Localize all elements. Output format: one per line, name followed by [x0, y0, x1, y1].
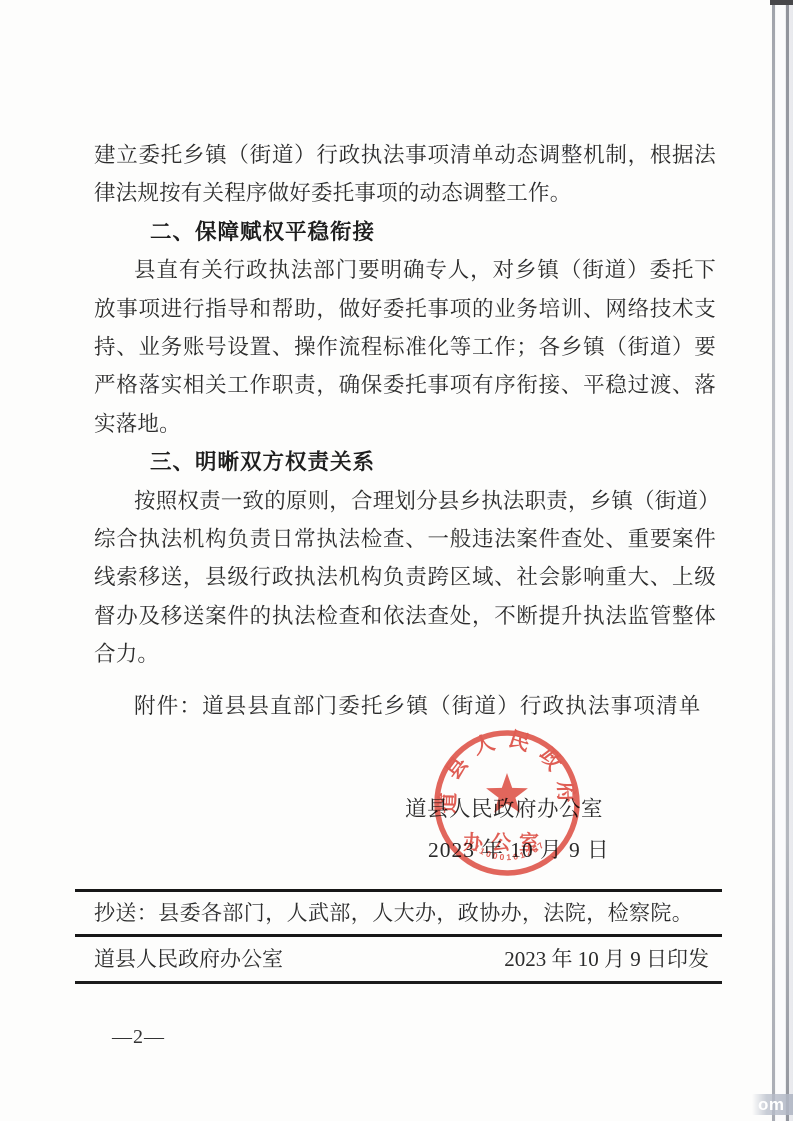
document-line: 按照权责一致的原则，合理划分县乡执法职责，乡镇（街道） [94, 482, 716, 520]
signature-date: 2023 年 10 月 9 日 [428, 830, 610, 870]
document-body: 建立委托乡镇（街道）行政执法事项清单动态调整机制，根据法 律法规按有关程序做好委… [94, 136, 716, 726]
scan-edge-artifact [770, 0, 793, 1121]
copy-to-line: 抄送：县委各部门，人武部，人大办，政协办，法院，检察院。 [75, 892, 722, 934]
document-line: 县直有关行政执法部门要明确专人，对乡镇（街道）委托下 [94, 251, 716, 289]
page-number: —2— [112, 1026, 165, 1049]
document-line: 实落地。 [94, 405, 716, 443]
watermark-fragment: om [752, 1094, 793, 1115]
publisher-office: 道县人民政府办公室 [94, 937, 283, 981]
footer-rule-bottom [75, 981, 722, 984]
document-line: 严格落实相关工作职责，确保委托事项有序衔接、平稳过渡、落 [94, 366, 716, 404]
document-line: 线索移送，县级行政执法机构负责跨区域、社会影响重大、上级 [94, 558, 716, 596]
section-heading: 二、保障赋权平稳衔接 [94, 213, 716, 251]
signature-issuer: 道县人民政府办公室 [405, 789, 603, 829]
document-line: 合力。 [94, 635, 716, 673]
document-line: 律法规按有关程序做好委托事项的动态调整工作。 [94, 174, 716, 212]
document-line: 持、业务账号设置、操作流程标准化等工作；各乡镇（街道）要 [94, 328, 716, 366]
document-line: 综合执法机构负责日常执法检查、一般违法案件查处、重要案件 [94, 520, 716, 558]
document-page: 建立委托乡镇（街道）行政执法事项清单动态调整机制，根据法 律法规按有关程序做好委… [0, 0, 793, 1121]
print-date: 2023 年 10 月 9 日印发 [504, 937, 709, 981]
section-heading: 三、明晰双方权责关系 [94, 443, 716, 481]
document-line: 放事项进行指导和帮助，做好委托事项的业务培训、网络技术支 [94, 290, 716, 328]
publisher-row: 道县人民政府办公室 2023 年 10 月 9 日印发 [75, 937, 722, 981]
document-line: 建立委托乡镇（街道）行政执法事项清单动态调整机制，根据法 [94, 136, 716, 174]
attachment-line: 附件：道县县直部门委托乡镇（街道）行政执法事项清单 [94, 687, 716, 725]
document-line: 督办及移送案件的执法检查和依法查处，不断提升执法监管整体 [94, 597, 716, 635]
document-footer: 抄送：县委各部门，人武部，人大办，政协办，法院，检察院。 道县人民政府办公室 2… [75, 889, 722, 984]
